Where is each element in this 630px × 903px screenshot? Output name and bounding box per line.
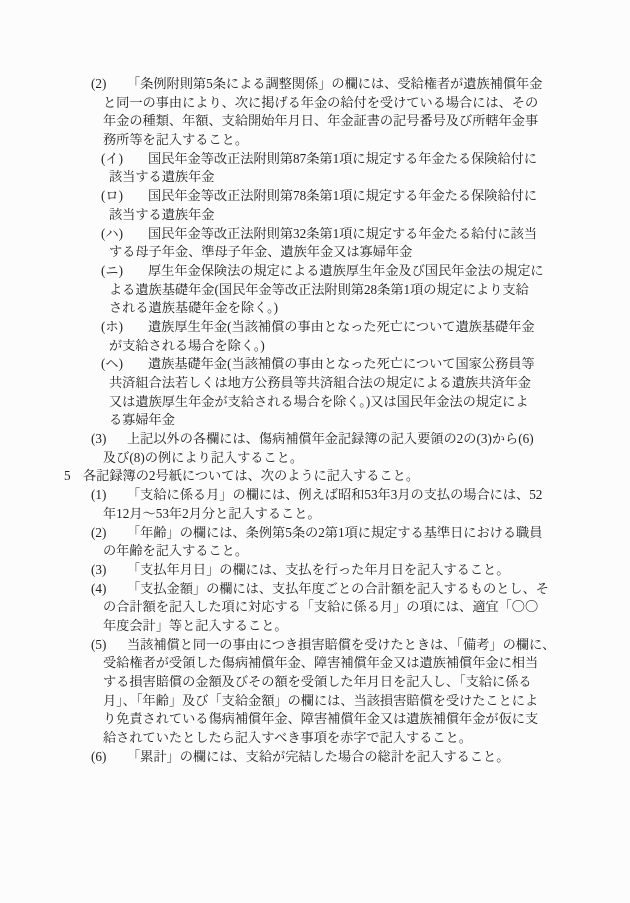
item-marker: (イ) <box>101 150 123 169</box>
text-line: 共済組合法若しくは地方公務員等共済組合法の規定による遺族共済年金 <box>109 374 630 393</box>
item-marker: 5 <box>64 467 71 486</box>
text-line: 「年齢」の欄には、条例第5条の2第1項に規定する基準日における職員 <box>127 524 630 543</box>
list-item: (ニ)厚生年金保険法の規定による遺族厚生年金及び国民年金法の規定による遺族基礎年… <box>0 262 630 318</box>
item-marker: (6) <box>91 748 106 767</box>
document-page: (2)「条例附則第5条による調整関係」の欄には、受給権者が遺族補償年金と同一の事… <box>0 0 630 766</box>
item-marker: (ハ) <box>101 225 123 244</box>
text-line: 遺族厚生年金(当該補償の事由となった死亡について遺族基礎年金 <box>148 318 630 337</box>
item-marker: (3) <box>91 430 106 449</box>
item-marker: (2) <box>91 75 106 94</box>
item-marker: (ニ) <box>101 262 123 281</box>
text-line: 給されていたとしたら記入すべき事項を赤字で記入すること。 <box>103 729 630 748</box>
text-line: 年金の種類、年額、支給開始年月日、年金証書の記号番号及び所轄年金事 <box>103 112 630 131</box>
text-line: 該当する遺族年金 <box>109 206 630 225</box>
list-item: (2)「年齢」の欄には、条例第5条の2第1項に規定する基準日における職員の年齢を… <box>0 524 630 561</box>
item-marker: (1) <box>91 486 106 505</box>
list-item: (1)「支給に係る月」の欄には、例えば昭和53年3月の支払の場合には、52年12… <box>0 486 630 523</box>
text-line: 「支給に係る月」の欄には、例えば昭和53年3月の支払の場合には、52 <box>127 486 630 505</box>
text-line: 国民年金等改正法附則第32条第1項に規定する年金たる給付に該当 <box>148 225 630 244</box>
text-line: 受給権者が受領した傷病補償年金、障害補償年金又は遺族補償年金に相当 <box>103 654 630 673</box>
text-line: 「条例附則第5条による調整関係」の欄には、受給権者が遺族補償年金 <box>127 75 630 94</box>
item-marker: (ロ) <box>101 187 123 206</box>
text-line: 「支払金額」の欄には、支払年度ごとの合計額を記入するものとし、そ <box>127 580 630 599</box>
document-body: (2)「条例附則第5条による調整関係」の欄には、受給権者が遺族補償年金と同一の事… <box>0 75 630 766</box>
text-line: 当該補償と同一の事由につき損害賠償を受けたときは、「備考」の欄に、 <box>127 636 630 655</box>
list-item: (イ)国民年金等改正法附則第87条第1項に規定する年金たる保険給付に該当する遺族… <box>0 150 630 187</box>
list-item: (4)「支払金額」の欄には、支払年度ごとの合計額を記入するものとし、その合計額を… <box>0 580 630 636</box>
list-item: (3)「支払年月日」の欄には、支払を行った年月日を記入すること。 <box>0 561 630 580</box>
text-line: よる遺族基礎年金(国民年金等改正法附則第28条第1項の規定により支給 <box>109 281 630 300</box>
text-line: 「累計」の欄には、支給が完結した場合の総計を記入すること。 <box>127 748 630 767</box>
list-item: (6)「累計」の欄には、支給が完結した場合の総計を記入すること。 <box>0 748 630 767</box>
text-line: の合計額を記入した項に対応する「支給に係る月」の項には、適宜「〇〇 <box>103 598 630 617</box>
text-line: する母子年金、準母子年金、遺族年金又は寡婦年金 <box>109 243 630 262</box>
text-line: 月」、「年齢」及び「支給金額」の欄には、当該損害賠償を受けたことによ <box>103 692 630 711</box>
text-line: 各記録簿の2号紙については、次のように記入すること。 <box>83 467 630 486</box>
text-line: り免責されている傷病補償年金、障害補償年金又は遺族補償年金が仮に支 <box>103 710 630 729</box>
text-line: る寡婦年金 <box>109 411 630 430</box>
list-item: 5各記録簿の2号紙については、次のように記入すること。 <box>0 467 630 486</box>
text-line: と同一の事由により、次に掲げる年金の給付を受けている場合には、その <box>103 94 630 113</box>
text-line: が支給される場合を除く。) <box>109 337 630 356</box>
text-line: 該当する遺族年金 <box>109 168 630 187</box>
item-marker: (ヘ) <box>101 355 123 374</box>
text-line: 及び(8)の例により記入すること。 <box>103 449 630 468</box>
text-line: 上記以外の各欄には、傷病補償年金記録簿の記入要領の2の(3)から(6) <box>127 430 630 449</box>
list-item: (ハ)国民年金等改正法附則第32条第1項に規定する年金たる給付に該当する母子年金… <box>0 225 630 262</box>
text-line: の年齢を記入すること。 <box>103 542 630 561</box>
text-line: 「支払年月日」の欄には、支払を行った年月日を記入すること。 <box>127 561 630 580</box>
text-line: 国民年金等改正法附則第78条第1項に規定する年金たる保険給付に <box>148 187 630 206</box>
list-item: (5)当該補償と同一の事由につき損害賠償を受けたときは、「備考」の欄に、受給権者… <box>0 636 630 748</box>
text-line: 務所等を記入すること。 <box>103 131 630 150</box>
text-line: 年度会計」等と記入すること。 <box>103 617 630 636</box>
text-line: される遺族基礎年金を除く。) <box>109 299 630 318</box>
item-marker: (4) <box>91 580 106 599</box>
list-item: (ホ)遺族厚生年金(当該補償の事由となった死亡について遺族基礎年金が支給される場… <box>0 318 630 355</box>
text-line: 遺族基礎年金(当該補償の事由となった死亡について国家公務員等 <box>148 355 630 374</box>
text-line: 年12月〜53年2月分と記入すること。 <box>103 505 630 524</box>
text-line: 国民年金等改正法附則第87条第1項に規定する年金たる保険給付に <box>148 150 630 169</box>
list-item: (ヘ)遺族基礎年金(当該補償の事由となった死亡について国家公務員等共済組合法若し… <box>0 355 630 430</box>
list-item: (2)「条例附則第5条による調整関係」の欄には、受給権者が遺族補償年金と同一の事… <box>0 75 630 150</box>
item-marker: (2) <box>91 524 106 543</box>
text-line: 厚生年金保険法の規定による遺族厚生年金及び国民年金法の規定に <box>148 262 630 281</box>
item-marker: (5) <box>91 636 106 655</box>
item-marker: (ホ) <box>101 318 123 337</box>
text-line: する損害賠償の金額及びその額を受領した年月日を記入し、「支給に係る <box>103 673 630 692</box>
list-item: (ロ)国民年金等改正法附則第78条第1項に規定する年金たる保険給付に該当する遺族… <box>0 187 630 224</box>
list-item: (3)上記以外の各欄には、傷病補償年金記録簿の記入要領の2の(3)から(6)及び… <box>0 430 630 467</box>
item-marker: (3) <box>91 561 106 580</box>
text-line: 又は遺族厚生年金が支給される場合を除く。)又は国民年金法の規定によ <box>109 393 630 412</box>
